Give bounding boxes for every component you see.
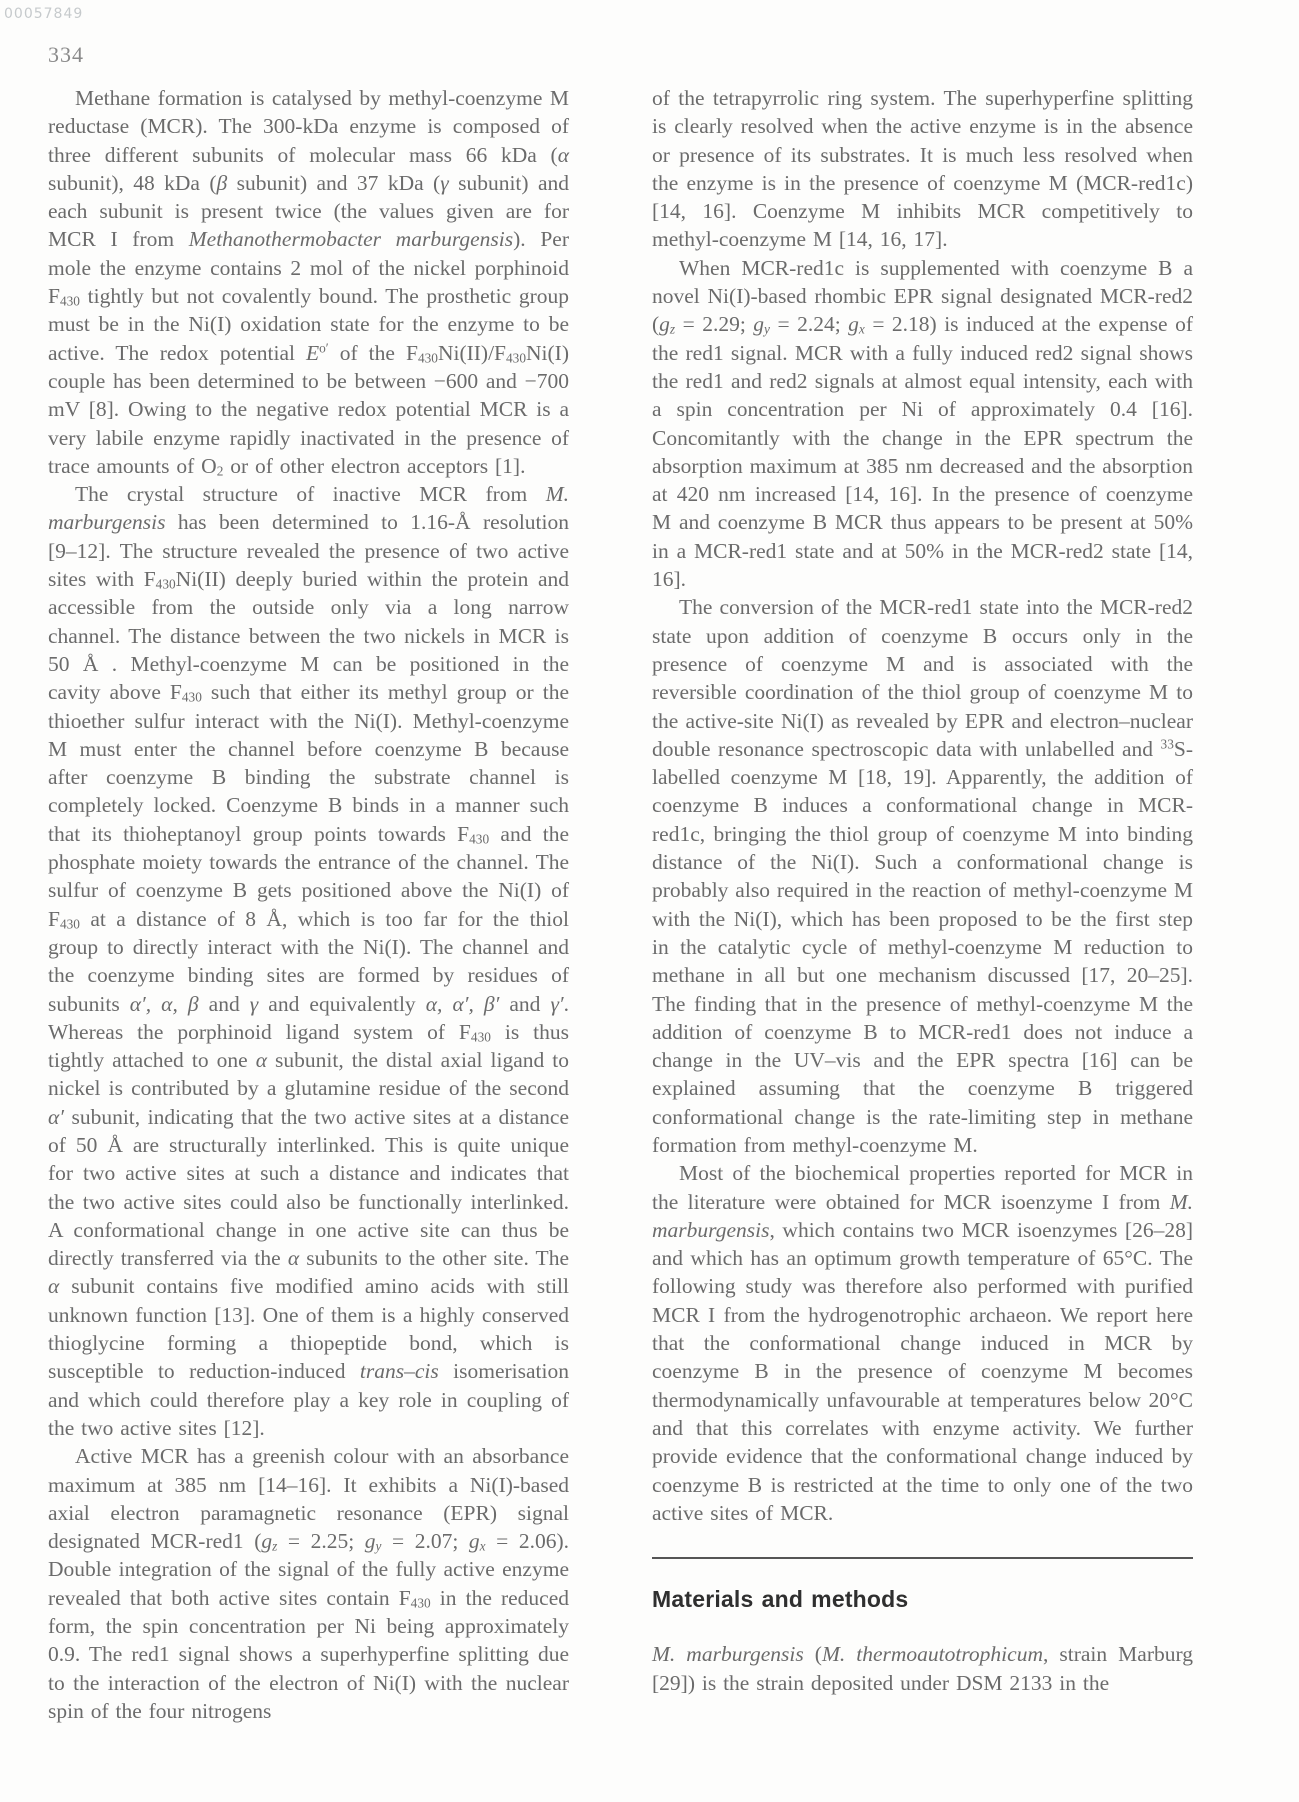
scan-watermark: 00057849	[4, 6, 83, 22]
paragraph: Most of the biochemical properties repor…	[652, 1159, 1193, 1527]
section-heading: Materials and methods	[652, 1585, 1193, 1613]
paragraph: The crystal structure of inactive MCR fr…	[48, 480, 569, 1442]
section-divider	[652, 1557, 1193, 1559]
paragraph: of the tetrapyrrolic ring system. The su…	[652, 84, 1193, 254]
scanned-paper-page: 00057849 334 Methane formation is cataly…	[0, 0, 1299, 1802]
paragraph: When MCR-red1c is supplemented with coen…	[652, 254, 1193, 594]
left-column: Methane formation is catalysed by methyl…	[48, 84, 569, 1725]
paragraph: M. marburgensis (M. thermoautotrophicum,…	[652, 1640, 1193, 1697]
page-number: 334	[48, 42, 84, 68]
right-column: of the tetrapyrrolic ring system. The su…	[652, 84, 1193, 1697]
paragraph: The conversion of the MCR-red1 state int…	[652, 593, 1193, 1159]
paragraph: Methane formation is catalysed by methyl…	[48, 84, 569, 480]
paragraph: Active MCR has a greenish colour with an…	[48, 1442, 569, 1725]
